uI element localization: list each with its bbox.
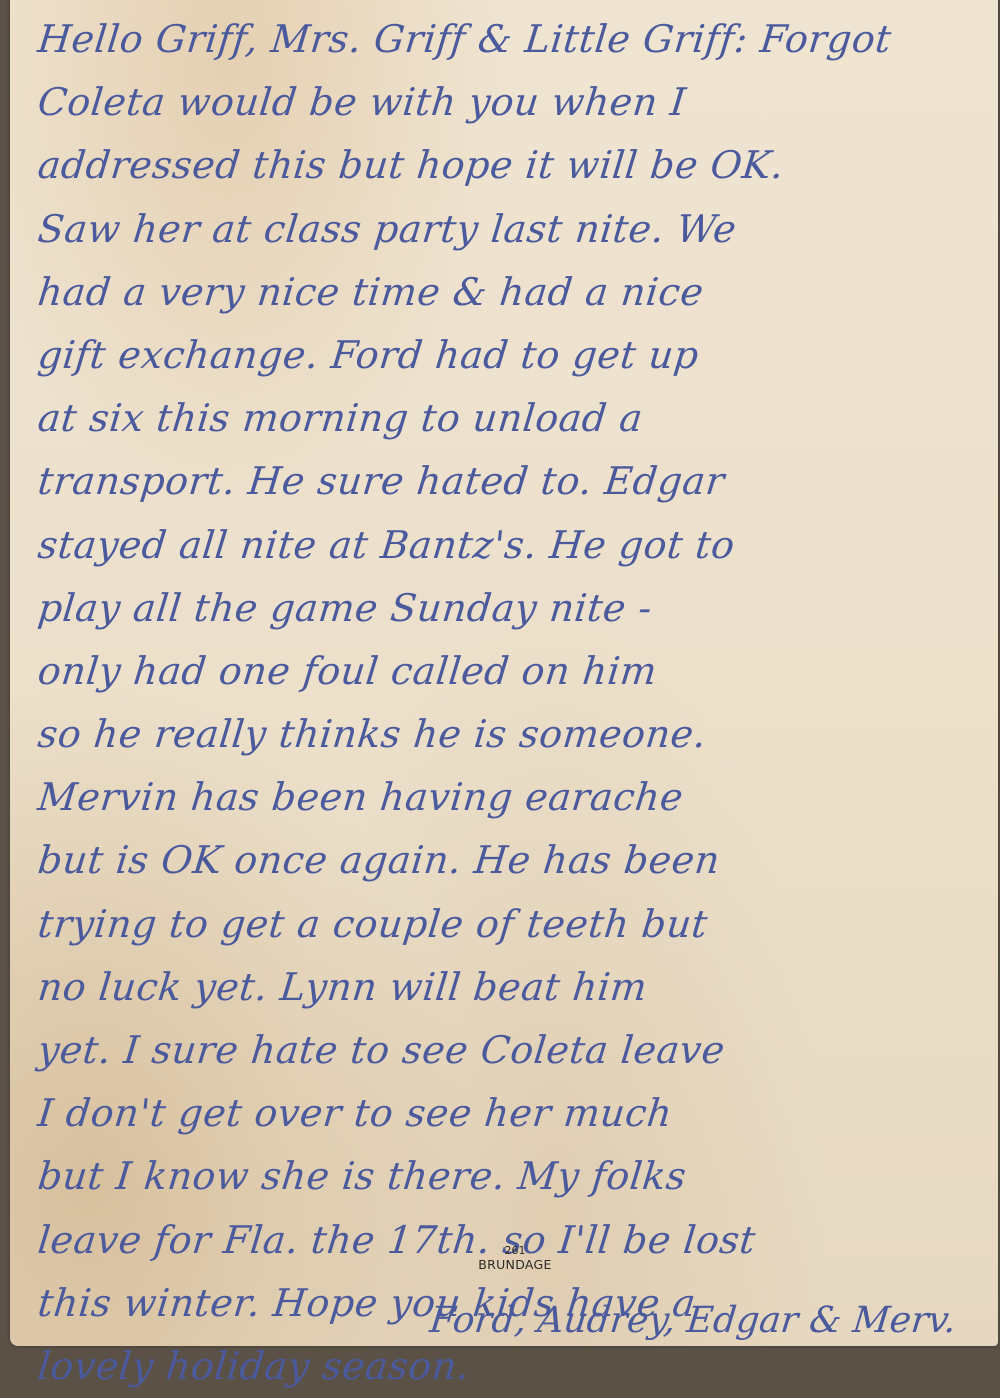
letter-line: addressed this but hope it will be OK. bbox=[35, 134, 992, 197]
letter-line: transport. He sure hated to. Edgar bbox=[35, 450, 992, 513]
letter-line: Hello Griff, Mrs. Griff & Little Griff: … bbox=[35, 8, 992, 71]
letter-line: had a very nice time & had a nice bbox=[35, 261, 992, 324]
imprint-number: 261 bbox=[465, 1244, 565, 1258]
publisher-imprint: 261 BRUNDAGE bbox=[465, 1244, 565, 1272]
letter-line: gift exchange. Ford had to get up bbox=[35, 324, 992, 387]
letter-line: but I know she is there. My folks bbox=[35, 1145, 992, 1208]
letter-line: at six this morning to unload a bbox=[35, 387, 992, 450]
letter-line: so he really thinks he is someone. bbox=[35, 703, 992, 766]
letter-line: play all the game Sunday nite - bbox=[35, 577, 992, 640]
letter-line: but is OK once again. He has been bbox=[35, 829, 992, 892]
letter-line: trying to get a couple of teeth but bbox=[35, 893, 992, 956]
letter-line: stayed all nite at Bantz's. He got to bbox=[35, 514, 992, 577]
letter-line: I don't get over to see her much bbox=[35, 1082, 992, 1145]
imprint-brand: BRUNDAGE bbox=[465, 1258, 565, 1272]
letter-line: no luck yet. Lynn will beat him bbox=[35, 956, 992, 1019]
letter-line: only had one foul called on him bbox=[35, 640, 992, 703]
signature: Ford, Audrey, Edgar & Merv. bbox=[428, 1300, 958, 1341]
letter-line: Coleta would be with you when I bbox=[35, 71, 992, 134]
postcard-back: Hello Griff, Mrs. Griff & Little Griff: … bbox=[10, 0, 998, 1346]
letter-line: Mervin has been having earache bbox=[35, 766, 992, 829]
letter-line: yet. I sure hate to see Coleta leave bbox=[35, 1019, 992, 1082]
letter-line: Saw her at class party last nite. We bbox=[35, 198, 992, 261]
handwritten-letter: Hello Griff, Mrs. Griff & Little Griff: … bbox=[38, 8, 988, 1352]
